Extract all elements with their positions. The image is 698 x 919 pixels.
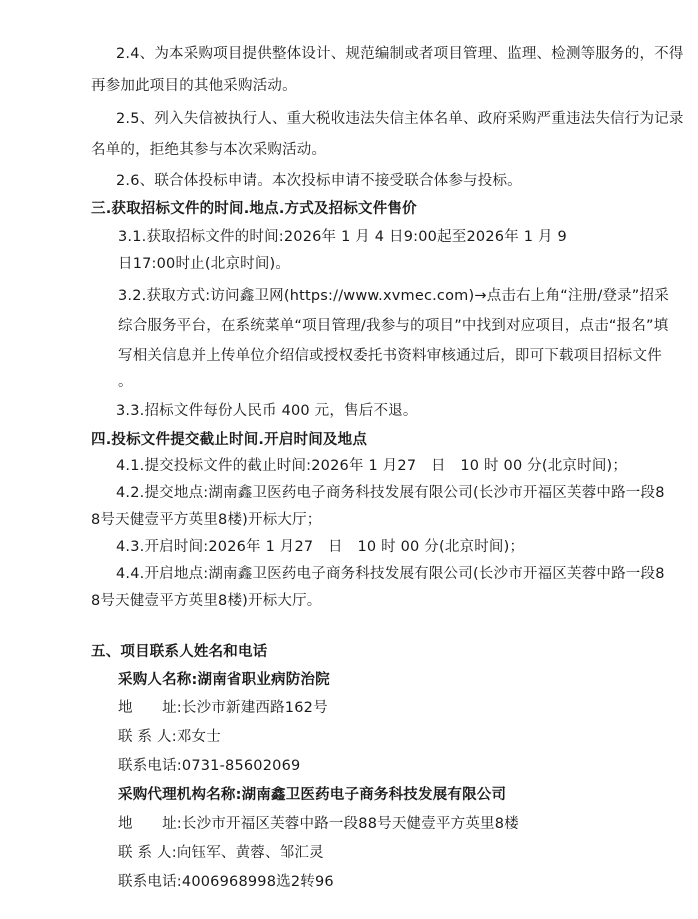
agency-address: 地 址:长沙市开福区芙蓉中路一段88号天健壹平方英里8楼 (118, 814, 519, 834)
item-4-4-line2: 8号天健壹平方英里8楼)开标大厅。 (91, 591, 322, 611)
agency-name-value: 湖南鑫卫医药电子商务科技发展有限公司 (242, 787, 507, 803)
section-5-heading: 五、项目联系人姓名和电话 (91, 642, 267, 662)
item-3-3-line1: 3.3.招标文件每份人民币 400 元，售后不退。 (116, 401, 418, 421)
item-3-1-line1: 3.1.获取招标文件的时间:2026年 1 月 4 日9:00起至2026年 1… (118, 227, 567, 247)
purchaser-name: 采购人名称:湖南省职业病防治院 (118, 670, 330, 690)
agency-name: 采购代理机构名称:湖南鑫卫医药电子商务科技发展有限公司 (118, 785, 506, 805)
purchaser-phone: 联系电话:0731-85602069 (118, 756, 300, 776)
purchaser-contact-value: 邓女士 (177, 729, 221, 745)
item-2-4-line1: 2.4、为本采购项目提供整体设计、规范编制或者项目管理、监理、检测等服务的，不得 (116, 44, 684, 64)
agency-name-label: 采购代理机构名称: (118, 787, 242, 803)
purchaser-name-label: 采购人名称: (118, 672, 198, 688)
agency-contact-label: 联 系 人: (118, 845, 177, 861)
item-3-2-line1: 3.2.获取方式:访问鑫卫网(https://www.xvmec.com)→点击… (118, 286, 669, 306)
item-4-1-line1: 4.1.提交投标文件的截止时间:2026年 1 月27 日 10 时 00 分(… (116, 456, 627, 476)
item-4-3-line1: 4.3.开启时间:2026年 1 月27 日 10 时 00 分(北京时间)； (116, 537, 524, 557)
section-4-heading: 四.投标文件提交截止时间.开启时间及地点 (91, 430, 367, 450)
agency-phone-label: 联系电话: (118, 874, 182, 890)
item-2-4-line2: 再参加此项目的其他采购活动。 (91, 76, 297, 96)
item-3-2-line4: 。 (118, 372, 133, 392)
item-2-5-line2: 名单的，拒绝其参与本次采购活动。 (91, 140, 326, 160)
document-page: 2.4、为本采购项目提供整体设计、规范编制或者项目管理、监理、检测等服务的，不得… (0, 0, 698, 919)
purchaser-contact: 联 系 人:邓女士 (118, 727, 221, 747)
item-3-2-line3: 写相关信息并上传单位介绍信或授权委托书资料审核通过后，即可下载项目招标文件 (118, 346, 662, 366)
purchaser-phone-label: 联系电话: (118, 758, 182, 774)
agency-contact: 联 系 人:向钰军、黄蓉、邹汇灵 (118, 843, 324, 863)
purchaser-address-value: 长沙市新建西路162号 (182, 700, 328, 716)
item-2-6-line1: 2.6、联合体投标申请。本次投标申请不接受联合体参与投标。 (116, 171, 522, 191)
item-4-2-line2: 8号天健壹平方英里8楼)开标大厅； (91, 510, 322, 530)
item-3-2-line2: 综合服务平台，在系统菜单“项目管理/我参与的项目”中找到对应项目，点击“报名”填 (118, 316, 668, 336)
item-4-4-line1: 4.4.开启地点:湖南鑫卫医药电子商务科技发展有限公司(长沙市开福区芙蓉中路一段… (116, 564, 665, 584)
agency-phone-value: 4006968998选2转96 (182, 874, 334, 890)
item-3-1-line2: 日17:00时止(北京时间)。 (118, 254, 290, 274)
purchaser-contact-label: 联 系 人: (118, 729, 177, 745)
agency-phone: 联系电话:4006968998选2转96 (118, 872, 334, 892)
purchaser-phone-value: 0731-85602069 (182, 758, 301, 774)
agency-address-value: 长沙市开福区芙蓉中路一段88号天健壹平方英里8楼 (182, 816, 519, 832)
purchaser-name-value: 湖南省职业病防治院 (198, 672, 330, 688)
purchaser-address: 地 址:长沙市新建西路162号 (118, 698, 328, 718)
purchaser-address-label: 地 址: (118, 700, 182, 716)
agency-contact-value: 向钰军、黄蓉、邹汇灵 (177, 845, 324, 861)
item-2-5-line1: 2.5、列入失信被执行人、重大税收违法失信主体名单、政府采购严重违法失信行为记录 (116, 109, 684, 129)
item-4-2-line1: 4.2.提交地点:湖南鑫卫医药电子商务科技发展有限公司(长沙市开福区芙蓉中路一段… (116, 483, 665, 503)
agency-address-label: 地 址: (118, 816, 182, 832)
section-3-heading: 三.获取招标文件的时间.地点.方式及招标文件售价 (91, 199, 417, 219)
